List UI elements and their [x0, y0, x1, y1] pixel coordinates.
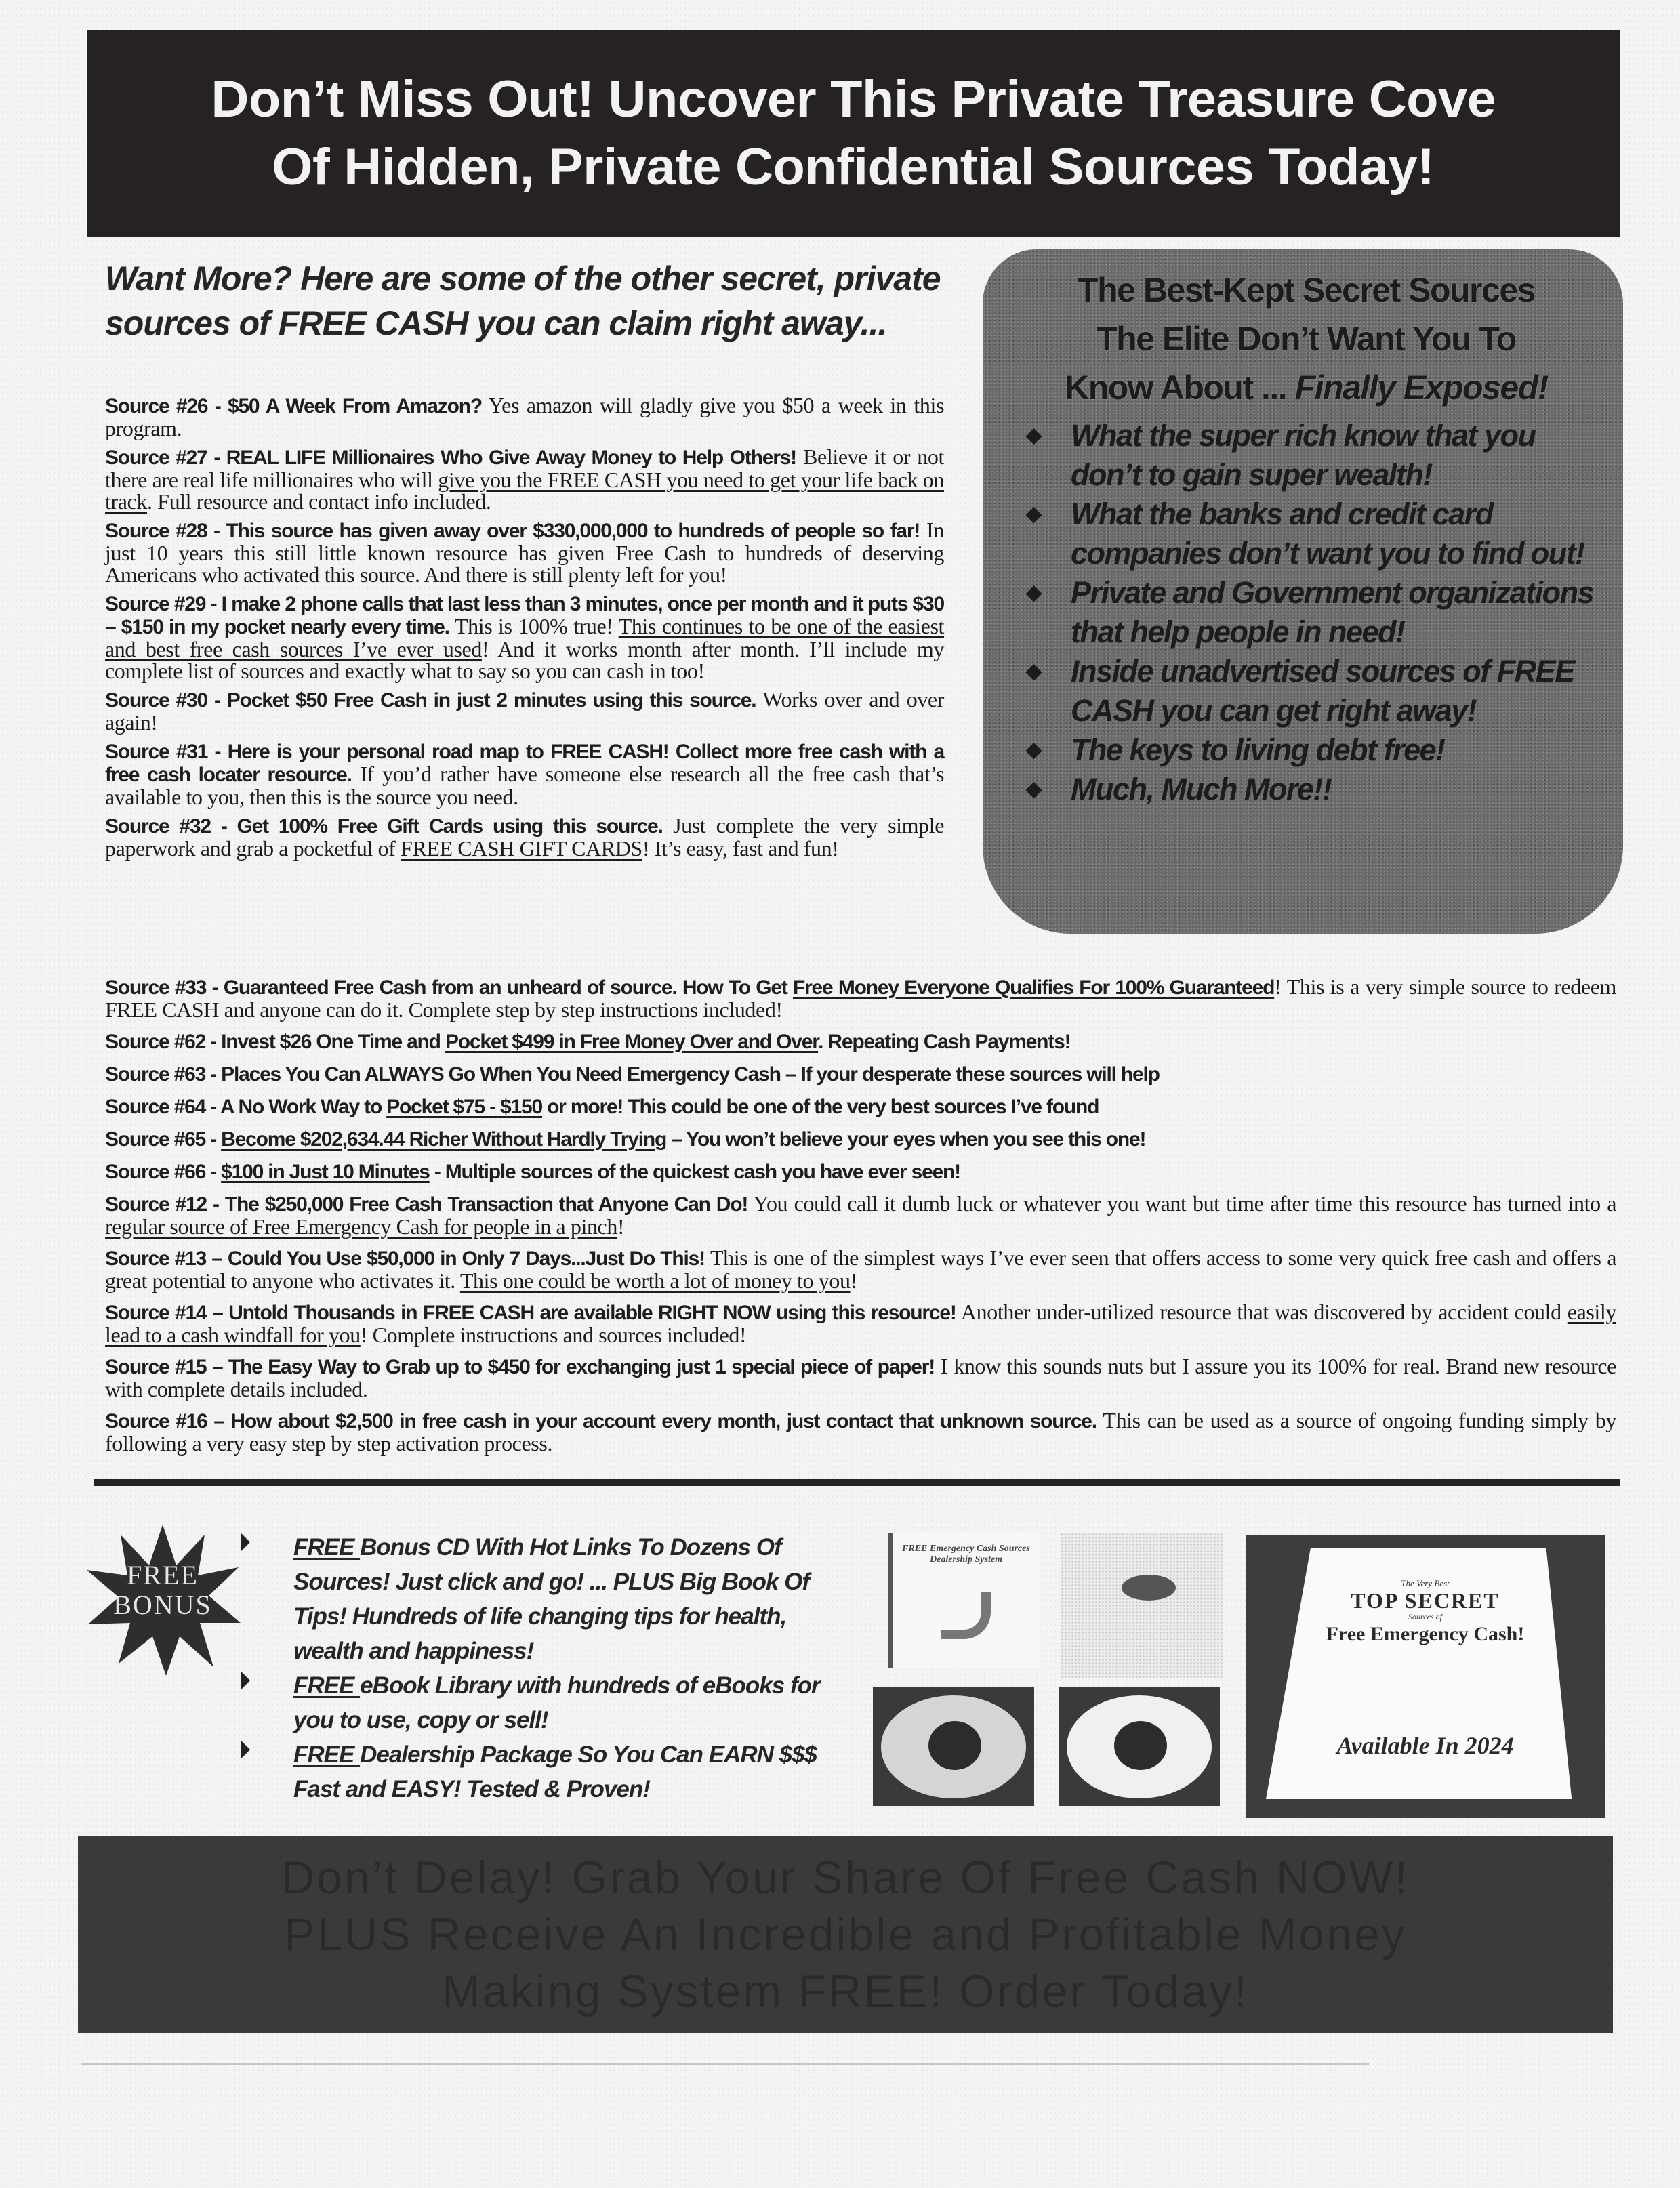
source-item-32: Source #32 - Get 100% Free Gift Cards us… [105, 814, 944, 859]
source-item-13: Source #13 – Could You Use $50,000 in On… [105, 1247, 1616, 1292]
source-headline: $50 A Week From Amazon? [228, 395, 482, 417]
source-item-26: Source #26 - $50 A Week From Amazon? Yes… [105, 394, 944, 439]
starburst-label: FREE BONUS [81, 1561, 244, 1620]
source-number: Source #12 [105, 1193, 207, 1216]
source-headline: A No Work Way to [220, 1096, 386, 1118]
source-number: Source #14 [105, 1302, 207, 1324]
source-headline-tail: – You won’t believe your eyes when you s… [666, 1128, 1145, 1151]
top-secret-book-image: The Very Best TOP SECRET Sources of Free… [1246, 1535, 1605, 1818]
source-number: Source #33 [105, 976, 206, 999]
source-number: Source #30 [105, 689, 207, 711]
source-number: Source #16 [105, 1410, 207, 1432]
callout-bullet-item: ◆Inside unadvertised sources of FREE CAS… [1017, 652, 1596, 730]
source-headline: Guaranteed Free Cash from an unheard of … [224, 976, 793, 999]
source-headline: Places You Can ALWAYS Go When You Need E… [221, 1063, 1160, 1086]
source-item-27: Source #27 - REAL LIFE Millionaires Who … [105, 446, 944, 512]
book-cover: The Very Best TOP SECRET Sources of Free… [1266, 1548, 1584, 1799]
cd-hole [928, 1721, 981, 1770]
source-body-tail: ! [851, 1268, 857, 1293]
source-body-tail: ! Complete instructions and sources incl… [361, 1323, 746, 1347]
bonus-cd-image-2 [1059, 1687, 1220, 1806]
source-number: Source #31 [105, 741, 207, 763]
bottom-faint-rule [81, 2063, 1369, 2065]
source-headline: Pocket $50 Free Cash in just 2 minutes u… [227, 689, 756, 711]
source-number: Source #26 [105, 395, 207, 417]
callout-title-plain: Know About ... [1065, 369, 1294, 407]
source-headline-tail: or more! This could be one of the very b… [542, 1096, 1099, 1118]
source-number: Source #28 [105, 520, 207, 542]
triangle-bullet-icon [241, 1671, 250, 1690]
callout-title-line-2: The Elite Don’t Want You To [1017, 314, 1596, 363]
callout-bullet-item: ◆Much, Much More!! [1017, 770, 1596, 809]
certificate-image [1061, 1533, 1223, 1678]
top-headline-banner: Don’t Miss Out! Uncover This Private Tre… [87, 30, 1620, 237]
book-title: TOP SECRET [1266, 1589, 1584, 1612]
dealership-system-image: FREE Emergency Cash Sources Dealership S… [888, 1533, 1039, 1668]
source-item-16: Source #16 – How about $2,500 in free ca… [105, 1409, 1616, 1454]
headline-line-1: Don’t Miss Out! Uncover This Private Tre… [211, 66, 1496, 133]
source-headline-underlined: Pocket $75 - $150 [386, 1096, 542, 1118]
source-item-62: Source #62 - Invest $26 One Time and Poc… [105, 1030, 1616, 1053]
bonus-cd-image-1 [873, 1687, 1034, 1806]
source-headline: Invest $26 One Time and [221, 1031, 445, 1053]
source-number: Source #63 [105, 1063, 205, 1086]
source-item-28: Source #28 - This source has given away … [105, 519, 944, 585]
source-body: This is 100% true! [455, 614, 619, 638]
sources-list-wide: Source #33 - Guaranteed Free Cash from a… [105, 976, 1616, 1464]
bonus-item: FREE Dealership Package So You Can EARN … [241, 1737, 851, 1807]
callout-bullet-text: Inside unadvertised sources of FREE CASH… [1071, 654, 1574, 728]
intro-heading: Want More? Here are some of the other se… [105, 256, 952, 346]
source-headline-tail: - Multiple sources of the quickest cash … [430, 1161, 960, 1183]
source-item-15: Source #15 – The Easy Way to Grab up to … [105, 1355, 1616, 1400]
source-item-14: Source #14 – Untold Thousands in FREE CA… [105, 1301, 1616, 1346]
callout-title-italic: Finally Exposed! [1295, 369, 1548, 407]
source-item-29: Source #29 - I make 2 phone calls that l… [105, 592, 944, 682]
source-headline-underlined: Free Money Everyone Qualifies For 100% G… [793, 976, 1274, 999]
triangle-bullet-icon [241, 1533, 250, 1552]
callout-bullet-item: ◆What the banks and credit card companie… [1017, 495, 1596, 573]
source-headline: REAL LIFE Millionaires Who Give Away Mon… [226, 447, 796, 469]
source-item-12: Source #12 - The $250,000 Free Cash Tran… [105, 1193, 1616, 1237]
source-headline: Get 100% Free Gift Cards using this sour… [237, 815, 663, 838]
headline-line-2: Of Hidden, Private Confidential Sources … [272, 133, 1434, 201]
certificate-seal-icon [1122, 1575, 1176, 1601]
source-body-tail: . Full resource and contact info include… [147, 489, 491, 514]
starburst-label-line-2: BONUS [81, 1590, 244, 1620]
bonus-free-label: FREE [293, 1672, 360, 1699]
source-body-underlined: regular source of Free Emergency Cash fo… [105, 1214, 617, 1239]
source-item-33: Source #33 - Guaranteed Free Cash from a… [105, 976, 1616, 1020]
source-body-underlined: FREE CASH GIFT CARDS [401, 836, 642, 861]
diamond-bullet-icon: ◆ [1026, 652, 1041, 691]
bonus-text: eBook Library with hundreds of eBooks fo… [293, 1672, 820, 1733]
cta-line-1: Don’t Delay! Grab Your Share Of Free Cas… [281, 1849, 1410, 1906]
callout-bullet-item: ◆Private and Government organizations th… [1017, 573, 1596, 652]
diamond-bullet-icon: ◆ [1026, 770, 1041, 809]
callout-bullet-text: What the banks and credit card companies… [1071, 497, 1584, 571]
bonus-text: Bonus CD With Hot Links To Dozens Of Sou… [293, 1534, 809, 1664]
source-headline: The Easy Way to Grab up to $450 for exch… [228, 1356, 935, 1378]
bonus-free-label: FREE [293, 1741, 360, 1768]
bonus-item: FREE Bonus CD With Hot Links To Dozens O… [241, 1530, 851, 1668]
source-item-63: Source #63 - Places You Can ALWAYS Go Wh… [105, 1062, 1616, 1086]
source-number: Source #32 [105, 815, 211, 838]
diamond-bullet-icon: ◆ [1026, 495, 1041, 534]
callout-bullet-text: Much, Much More!! [1071, 772, 1331, 806]
diamond-bullet-icon: ◆ [1026, 416, 1041, 455]
bonus-text: Dealership Package So You Can EARN $$$ F… [293, 1741, 817, 1802]
source-headline-underlined: Pocket $499 in Free Money Over and Over [445, 1031, 818, 1053]
source-number: Source #65 [105, 1128, 205, 1151]
callout-title: The Best-Kept Secret Sources The Elite D… [1017, 266, 1596, 412]
book-kicker: The Very Best [1266, 1578, 1584, 1589]
book-subtitle: Sources of [1266, 1612, 1584, 1622]
source-body-tail: ! It’s easy, fast and fun! [642, 836, 839, 861]
source-body-underlined: This one could be worth a lot of money t… [460, 1268, 851, 1293]
bonus-item: FREE eBook Library with hundreds of eBoo… [241, 1668, 851, 1737]
source-body: Another under-utilized resource that was… [956, 1300, 1568, 1324]
source-number: Source #15 [105, 1356, 206, 1378]
callout-bullet-text: What the super rich know that you don’t … [1071, 418, 1536, 492]
dealership-logo-icon [941, 1592, 991, 1639]
book-availability: Available In 2024 [1266, 1731, 1584, 1760]
source-headline: This source has given away over $330,000… [226, 520, 920, 542]
source-number: Source #64 [105, 1096, 205, 1118]
cta-line-3: Making System FREE! Order Today! [442, 1963, 1249, 2020]
cd-hole [1114, 1721, 1167, 1770]
bonus-free-label: FREE [293, 1534, 360, 1561]
callout-bullet-text: The keys to living debt free! [1071, 732, 1445, 767]
cta-line-2: PLUS Receive An Incredible and Profitabl… [284, 1906, 1407, 1963]
source-item-64: Source #64 - A No Work Way to Pocket $75… [105, 1095, 1616, 1118]
triangle-bullet-icon [241, 1740, 250, 1759]
bonus-list: FREE Bonus CD With Hot Links To Dozens O… [241, 1530, 851, 1807]
dealership-title: FREE Emergency Cash Sources Dealership S… [893, 1533, 1039, 1565]
source-body-tail: ! [617, 1214, 624, 1239]
source-headline: Could You Use $50,000 in Only 7 Days...J… [228, 1247, 705, 1270]
book-main-title: Free Emergency Cash! [1266, 1622, 1584, 1647]
callout-bullet-text: Private and Government organizations tha… [1071, 575, 1593, 649]
source-headline: How about $2,500 in free cash in your ac… [230, 1410, 1097, 1432]
source-number: Source #29 [105, 593, 205, 615]
source-headline: Untold Thousands in FREE CASH are availa… [228, 1302, 956, 1324]
source-item-31: Source #31 - Here is your personal road … [105, 740, 944, 808]
source-number: Source #62 [105, 1031, 205, 1053]
callout-title-line-3: Know About ... Finally Exposed! [1017, 363, 1596, 412]
source-item-66: Source #66 - $100 in Just 10 Minutes - M… [105, 1160, 1616, 1183]
section-divider [94, 1479, 1620, 1486]
callout-bullet-item: ◆What the super rich know that you don’t… [1017, 416, 1596, 495]
free-bonus-starburst: FREE BONUS [81, 1521, 244, 1677]
callout-bullet-item: ◆The keys to living debt free! [1017, 730, 1596, 770]
sources-list-narrow: Source #26 - $50 A Week From Amazon? Yes… [105, 394, 944, 866]
callout-bullet-list: ◆What the super rich know that you don’t… [1017, 416, 1596, 809]
source-number: Source #13 [105, 1247, 206, 1270]
source-headline-underlined: Become $202,634.44 Richer Without Hardly… [221, 1128, 666, 1151]
diamond-bullet-icon: ◆ [1026, 573, 1041, 613]
call-to-action-banner: Don’t Delay! Grab Your Share Of Free Cas… [78, 1836, 1613, 2033]
source-item-30: Source #30 - Pocket $50 Free Cash in jus… [105, 688, 944, 733]
source-headline: The $250,000 Free Cash Transaction that … [225, 1193, 747, 1216]
source-body: You could call it dumb luck or whatever … [747, 1191, 1616, 1216]
source-item-65: Source #65 - Become $202,634.44 Richer W… [105, 1128, 1616, 1151]
source-headline-tail: . Repeating Cash Payments! [818, 1031, 1070, 1053]
source-headline-underlined: $100 in Just 10 Minutes [221, 1161, 430, 1183]
secret-sources-callout-box: The Best-Kept Secret Sources The Elite D… [983, 249, 1623, 934]
callout-title-line-1: The Best-Kept Secret Sources [1017, 266, 1596, 314]
starburst-label-line-1: FREE [81, 1561, 244, 1590]
source-number: Source #27 [105, 447, 207, 469]
diamond-bullet-icon: ◆ [1026, 730, 1041, 770]
source-number: Source #66 [105, 1161, 205, 1183]
